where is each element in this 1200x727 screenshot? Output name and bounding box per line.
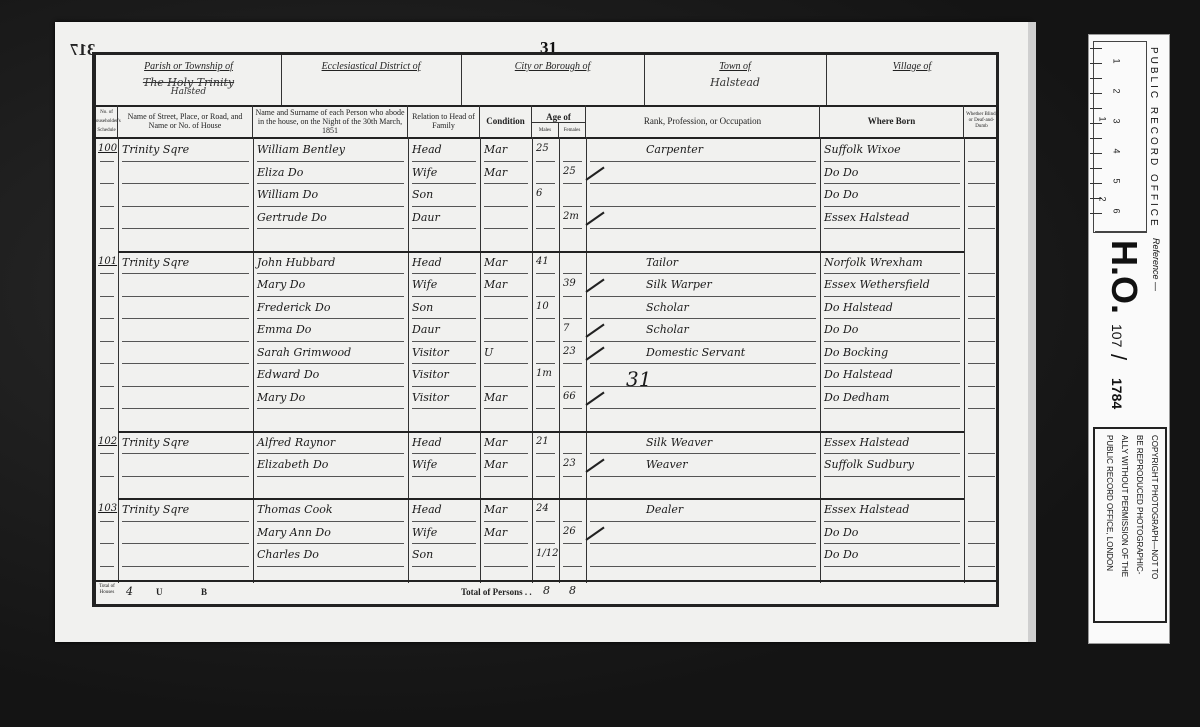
age-female: 2m [563, 211, 579, 222]
row-rule [824, 206, 960, 207]
form-header: Parish or Township of The Holy Trinity H… [96, 55, 996, 107]
ruler-tick [1090, 138, 1102, 139]
row-rule [412, 386, 476, 387]
condition: Mar [484, 166, 507, 179]
row-rule [536, 183, 555, 184]
row-rule [100, 386, 114, 387]
column-rule [820, 137, 821, 583]
tally-mark [585, 166, 604, 180]
scale-number: 1 [1112, 58, 1122, 63]
row-rule [412, 341, 476, 342]
town-value: Halstead [644, 76, 826, 89]
occupation: Scholar [646, 301, 689, 314]
birthplace: Do Do [824, 323, 858, 336]
office-name: PUBLIC RECORD OFFICE [1148, 47, 1159, 229]
person-name: Mary Do [257, 391, 305, 404]
row-rule [563, 453, 582, 454]
row-rule [563, 363, 582, 364]
scale-number: 3 [1112, 118, 1122, 123]
row-rule [257, 183, 404, 184]
row-rule [484, 228, 528, 229]
row-rule [412, 566, 476, 567]
person-name: Mary Ann Do [257, 526, 331, 539]
copyright-line-1: COPYRIGHT PHOTOGRAPH—NOT TO [1150, 435, 1159, 579]
row-rule [412, 521, 476, 522]
row-rule [412, 408, 476, 409]
row-rule [100, 543, 114, 544]
scale-number: 5 [1112, 178, 1122, 183]
row-rule [122, 318, 249, 319]
row-rule [968, 206, 995, 207]
row-rule [484, 453, 528, 454]
age-male: 1/12 [536, 548, 558, 559]
relation: Visitor [412, 391, 449, 404]
row-rule [563, 543, 582, 544]
copyright-line-3: ALLY WITHOUT PERMISSION OF THE [1120, 435, 1129, 577]
row-rule [484, 296, 528, 297]
row-rule [824, 386, 960, 387]
row-rule [536, 476, 555, 477]
row-rule [824, 476, 960, 477]
row-rule [484, 206, 528, 207]
row-rule [257, 273, 404, 274]
row-rule [484, 341, 528, 342]
row-rule [122, 543, 249, 544]
row-rule [536, 228, 555, 229]
uninhabited-label: U [156, 587, 163, 597]
reference-prefix: H.O. [1103, 240, 1145, 314]
row-rule [563, 476, 582, 477]
row-rule [257, 521, 404, 522]
town-label: Town of [644, 61, 826, 72]
row-rule [412, 183, 476, 184]
column-rule [253, 137, 254, 583]
row-rule [824, 341, 960, 342]
age-male: 1m [536, 368, 552, 379]
row-rule [100, 341, 114, 342]
row-rule [484, 521, 528, 522]
row-rule [590, 206, 816, 207]
row-rule [257, 206, 404, 207]
row-rule [257, 228, 404, 229]
age-male: 41 [536, 256, 549, 267]
column-rule [559, 137, 560, 583]
row-rule [563, 566, 582, 567]
row-rule [100, 521, 114, 522]
age-male: 10 [536, 301, 549, 312]
row-rule [100, 183, 114, 184]
row-rule [563, 273, 582, 274]
header-divider [96, 137, 996, 139]
ruler-tick [1090, 123, 1102, 124]
person-name: John Hubbard [257, 256, 335, 269]
row-rule [536, 318, 555, 319]
measurement-ruler: 12345612 [1093, 41, 1147, 233]
row-rule [536, 363, 555, 364]
person-name: Thomas Cook [257, 503, 333, 516]
birthplace: Suffolk Wixoe [824, 143, 901, 156]
row-rule [824, 408, 960, 409]
row-rule [122, 453, 249, 454]
row-rule [590, 453, 816, 454]
birthplace: Norfolk Wrexham [824, 256, 923, 269]
row-rule [590, 363, 816, 364]
age-female: 66 [563, 391, 576, 402]
ruler-tick [1090, 183, 1102, 184]
row-rule [122, 273, 249, 274]
copyright-line-2: BE REPRODUCED PHOTOGRAPHIC- [1135, 435, 1144, 574]
row-rule [536, 566, 555, 567]
col-males-header: Males [532, 123, 559, 137]
row-rule [100, 161, 114, 162]
person-name: Edward Do [257, 368, 319, 381]
column-rule [532, 137, 533, 583]
row-rule [122, 363, 249, 364]
row-rule [122, 228, 249, 229]
row-rule [590, 566, 816, 567]
ruler-tick [1090, 198, 1102, 199]
census-form: Parish or Township of The Holy Trinity H… [92, 52, 999, 607]
row-rule [968, 543, 995, 544]
relation: Son [412, 301, 433, 314]
row-rule [563, 341, 582, 342]
building-label: B [201, 587, 207, 597]
row-rule [968, 161, 995, 162]
row-rule [824, 453, 960, 454]
condition: Mar [484, 458, 507, 471]
birthplace: Do Dedham [824, 391, 889, 404]
row-rule [563, 161, 582, 162]
row-rule [968, 521, 995, 522]
row-rule [257, 161, 404, 162]
row-rule [122, 386, 249, 387]
schedule-number: 100 [98, 143, 117, 154]
relation: Daur [412, 211, 440, 224]
row-rule [563, 296, 582, 297]
column-rule [480, 137, 481, 583]
row-rule [590, 228, 816, 229]
row-rule [590, 341, 816, 342]
row-rule [257, 453, 404, 454]
row-rule [412, 296, 476, 297]
row-rule [257, 476, 404, 477]
col-relation-header: Relation to Head of Family [408, 105, 480, 137]
row-rule [484, 566, 528, 567]
scale-number: 2 [1112, 88, 1122, 93]
row-rule [968, 341, 995, 342]
village-label: Village of [826, 61, 998, 72]
row-rule [824, 183, 960, 184]
person-name: Mary Do [257, 278, 305, 291]
row-rule [536, 408, 555, 409]
relation: Wife [412, 458, 437, 471]
occupation: Tailor [646, 256, 678, 269]
row-rule [968, 296, 995, 297]
row-rule [100, 363, 114, 364]
occupation: Domestic Servant [646, 346, 745, 359]
record-office-label: 12345612 PUBLIC RECORD OFFICE H.O. Refer… [1088, 34, 1170, 644]
parish-label: Parish or Township of [96, 61, 281, 72]
relation: Son [412, 548, 433, 561]
page-edge [1028, 22, 1036, 642]
occupation: Silk Weaver [646, 436, 712, 449]
age-male: 6 [536, 188, 542, 199]
row-rule [122, 521, 249, 522]
birthplace: Suffolk Sudbury [824, 458, 914, 471]
occupation: Silk Warper [646, 278, 712, 291]
condition: Mar [484, 143, 507, 156]
tally-mark [585, 324, 604, 338]
age-male: 25 [536, 143, 549, 154]
row-rule [484, 543, 528, 544]
row-rule [536, 341, 555, 342]
row-rule [590, 318, 816, 319]
row-rule [563, 206, 582, 207]
parish-field: Parish or Township of The Holy Trinity H… [96, 55, 282, 105]
city-label: City or Borough of [461, 61, 644, 72]
row-rule [536, 521, 555, 522]
row-rule [257, 386, 404, 387]
ruler-tick [1090, 78, 1102, 79]
condition: Mar [484, 436, 507, 449]
relation: Head [412, 143, 442, 156]
totals-row: Total of Houses 4 U B Total of Persons .… [96, 580, 996, 604]
row-rule [536, 206, 555, 207]
ruler-tick [1090, 168, 1102, 169]
row-rule [824, 161, 960, 162]
row-rule [536, 296, 555, 297]
birthplace: Essex Halstead [824, 503, 909, 516]
row-rule [100, 296, 114, 297]
row-rule [563, 521, 582, 522]
row-rule [968, 363, 995, 364]
person-name: Emma Do [257, 323, 311, 336]
row-rule [590, 408, 816, 409]
relation: Head [412, 503, 442, 516]
condition: Mar [484, 526, 507, 539]
row-rule [590, 386, 816, 387]
ruler-tick [1090, 48, 1102, 49]
household-divider [118, 431, 964, 433]
row-rule [968, 318, 995, 319]
person-name: Sarah Grimwood [257, 346, 351, 359]
birthplace: Essex Halstead [824, 436, 909, 449]
row-rule [257, 566, 404, 567]
birthplace: Do Do [824, 526, 858, 539]
row-rule [824, 296, 960, 297]
scale-number: 4 [1112, 148, 1122, 153]
copyright-notice: COPYRIGHT PHOTOGRAPH—NOT TO BE REPRODUCE… [1093, 427, 1167, 623]
row-rule [412, 363, 476, 364]
row-rule [100, 206, 114, 207]
row-rule [590, 161, 816, 162]
tally-mark [585, 459, 604, 473]
row-rule [100, 273, 114, 274]
row-rule [257, 543, 404, 544]
column-rule [408, 137, 409, 583]
row-rule [484, 386, 528, 387]
row-rule [536, 453, 555, 454]
row-rule [484, 476, 528, 477]
row-rule [968, 408, 995, 409]
tally-mark [585, 346, 604, 360]
household-divider [118, 251, 964, 253]
row-rule [257, 341, 404, 342]
row-rule [257, 408, 404, 409]
age-female: 7 [563, 323, 569, 334]
row-rule [100, 228, 114, 229]
row-rule [968, 183, 995, 184]
town-field: Town of Halstead [644, 55, 827, 105]
row-rule [257, 318, 404, 319]
row-rule [824, 318, 960, 319]
houses-inhabited: 4 [126, 585, 133, 598]
birthplace: Do Halstead [824, 301, 893, 314]
row-rule [257, 363, 404, 364]
row-rule [412, 453, 476, 454]
row-rule [484, 363, 528, 364]
person-name: Frederick Do [257, 301, 331, 314]
ecclesiastical-field: Ecclesiastical District of [281, 55, 462, 105]
row-rule [824, 566, 960, 567]
row-rule [122, 206, 249, 207]
col-females-header: Females [559, 123, 586, 137]
row-rule [968, 386, 995, 387]
row-rule [412, 228, 476, 229]
age-female: 23 [563, 458, 576, 469]
age-female: 26 [563, 526, 576, 537]
household-divider [118, 498, 964, 500]
col-blind-header: Whether Blind, or Deaf-and-Dumb [964, 105, 999, 137]
row-rule [100, 318, 114, 319]
row-rule [536, 273, 555, 274]
row-rule [122, 296, 249, 297]
row-rule [590, 273, 816, 274]
age-male: 24 [536, 503, 549, 514]
birthplace: Do Do [824, 188, 858, 201]
relation: Visitor [412, 368, 449, 381]
birthplace: Do Bocking [824, 346, 888, 359]
col-condition-header: Condition [480, 105, 532, 137]
condition: Mar [484, 391, 507, 404]
row-rule [563, 183, 582, 184]
row-rule [563, 228, 582, 229]
person-name: Eliza Do [257, 166, 303, 179]
street-name: Trinity Sqre [122, 503, 189, 516]
condition: Mar [484, 278, 507, 291]
person-name: Alfred Raynor [257, 436, 335, 449]
row-rule [412, 543, 476, 544]
row-rule [824, 543, 960, 544]
margin-note: 31 [626, 367, 651, 391]
schedule-number: 103 [98, 503, 117, 514]
row-rule [968, 476, 995, 477]
row-rule [122, 161, 249, 162]
row-rule [968, 566, 995, 567]
row-rule [100, 566, 114, 567]
col-street-header: Name of Street, Place, or Road, and Name… [118, 105, 253, 137]
reference-piece: 107 [1109, 324, 1125, 347]
person-name: Gertrude Do [257, 211, 327, 224]
relation: Wife [412, 166, 437, 179]
row-rule [257, 296, 404, 297]
relation: Visitor [412, 346, 449, 359]
occupation: Carpenter [646, 143, 703, 156]
row-rule [122, 476, 249, 477]
ruler-tick [1090, 108, 1102, 109]
total-persons-label: Total of Persons . . [461, 587, 532, 597]
inch-mark: 1 [1098, 116, 1108, 121]
age-male: 21 [536, 436, 549, 447]
row-rule [824, 273, 960, 274]
row-rule [590, 183, 816, 184]
birthplace: Essex Halstead [824, 211, 909, 224]
person-name: William Bentley [257, 143, 345, 156]
row-rule [412, 206, 476, 207]
row-rule [484, 318, 528, 319]
age-female: 23 [563, 346, 576, 357]
row-rule [590, 543, 816, 544]
reference-slash: / [1105, 354, 1131, 360]
copyright-line-4: PUBLIC RECORD OFFICE, LONDON [1105, 435, 1114, 571]
relation: Son [412, 188, 433, 201]
row-rule [536, 543, 555, 544]
age-female: 39 [563, 278, 576, 289]
row-rule [100, 408, 114, 409]
relation: Head [412, 436, 442, 449]
tally-mark [585, 211, 604, 225]
total-houses-label: Total of Houses [98, 584, 116, 596]
row-rule [824, 228, 960, 229]
row-rule [968, 453, 995, 454]
row-rule [536, 161, 555, 162]
occupation: Dealer [646, 503, 683, 516]
total-males: 8 [543, 584, 550, 597]
row-rule [824, 363, 960, 364]
city-field: City or Borough of [461, 55, 645, 105]
relation: Daur [412, 323, 440, 336]
schedule-number: 101 [98, 256, 117, 267]
condition: Mar [484, 503, 507, 516]
age-female: 25 [563, 166, 576, 177]
row-rule [824, 521, 960, 522]
schedule-number: 102 [98, 436, 117, 447]
row-rule [590, 476, 816, 477]
village-field: Village of [826, 55, 998, 105]
row-rule [968, 228, 995, 229]
row-rule [590, 296, 816, 297]
row-rule [536, 386, 555, 387]
row-rule [412, 273, 476, 274]
col-name-header: Name and Surname of each Person who abod… [253, 105, 408, 137]
row-rule [122, 566, 249, 567]
street-name: Trinity Sqre [122, 143, 189, 156]
row-rule [100, 476, 114, 477]
column-rule [964, 137, 965, 583]
occupation: Scholar [646, 323, 689, 336]
row-rule [100, 453, 114, 454]
row-rule [412, 318, 476, 319]
person-name: Elizabeth Do [257, 458, 328, 471]
col-occupation-header: Rank, Profession, or Occupation [586, 105, 820, 137]
row-rule [412, 476, 476, 477]
condition: U [484, 346, 493, 359]
row-rule [122, 341, 249, 342]
occupation: Weaver [646, 458, 687, 471]
reference-block: H.O. Reference — 107 / 1784 [1095, 231, 1147, 428]
row-rule [484, 408, 528, 409]
birthplace: Do Do [824, 548, 858, 561]
